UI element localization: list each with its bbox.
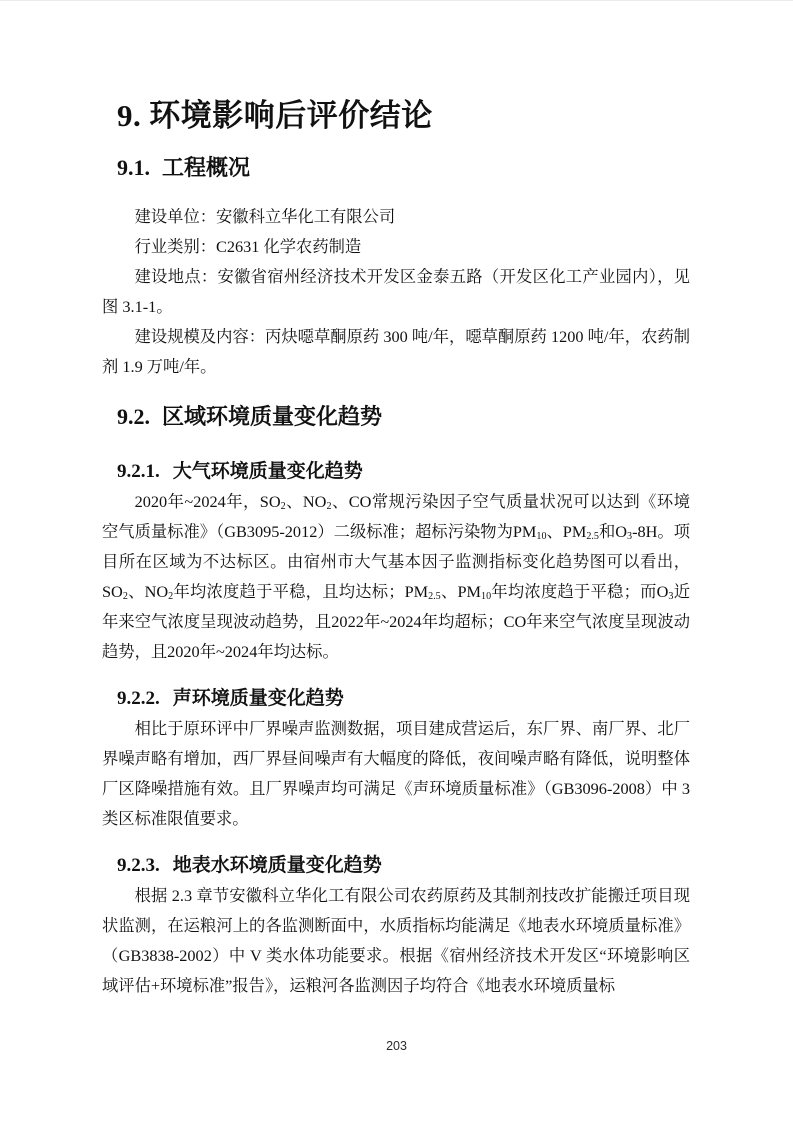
- subsection-heading-9-2-2: 9.2.2.声环境质量变化趋势: [117, 686, 690, 712]
- heading-text: 声环境质量变化趋势: [173, 688, 344, 709]
- subscript-text: 10: [481, 591, 491, 602]
- page-number: 203: [386, 1039, 407, 1053]
- para-industry-category: 行业类别：C2631 化学农药制造: [102, 232, 690, 262]
- heading-number: 9.2.3.: [117, 855, 160, 876]
- para-surface-water-trend: 根据 2.3 章节安徽科立华化工有限公司农药原药及其制剂技改扩能搬迁项目现状监测…: [102, 881, 690, 1001]
- heading-number: 9.2.: [117, 404, 150, 429]
- section-heading-9-1: 9.1.工程概况: [117, 153, 690, 183]
- para-construction-scale: 建设规模及内容：丙炔噁草酮原药 300 吨/年，噁草酮原药 1200 吨/年，农…: [102, 322, 690, 382]
- chapter-heading: 9.环境影响后评价结论: [117, 96, 690, 136]
- section-heading-9-2: 9.2.区域环境质量变化趋势: [117, 402, 690, 432]
- subscript-text: 2.5: [428, 591, 441, 602]
- subscript-text: 10: [536, 531, 546, 542]
- document-page: 9.环境影响后评价结论9.1.工程概况建设单位：安徽科立华化工有限公司行业类别：…: [0, 0, 793, 1122]
- subscript-text: 2.5: [586, 531, 599, 542]
- subscript-text: 2: [326, 501, 331, 512]
- para-air-quality-trend: 2020年~2024年，SO2、NO2、CO常规污染因子空气质量状况可以达到《环…: [102, 487, 690, 667]
- heading-number: 9.: [117, 98, 141, 133]
- page-footer: 203: [0, 1037, 793, 1055]
- heading-text: 环境影响后评价结论: [149, 98, 433, 133]
- subscript-text: 2: [123, 591, 128, 602]
- subsection-heading-9-2-3: 9.2.3.地表水环境质量变化趋势: [117, 853, 690, 879]
- subsection-heading-9-2-1: 9.2.1.大气环境质量变化趋势: [117, 459, 690, 485]
- subscript-text: 3: [627, 531, 632, 542]
- subscript-text: 2: [168, 591, 173, 602]
- heading-text: 工程概况: [162, 155, 250, 180]
- heading-number: 9.2.2.: [117, 688, 160, 709]
- para-construction-unit: 建设单位：安徽科立华化工有限公司: [102, 202, 690, 232]
- heading-text: 地表水环境质量变化趋势: [173, 855, 382, 876]
- para-construction-site: 建设地点：安徽省宿州经济技术开发区金泰五路（开发区化工产业园内），见图 3.1-…: [102, 262, 690, 322]
- heading-number: 9.1.: [117, 155, 150, 180]
- subscript-text: 2: [281, 501, 286, 512]
- para-noise-trend: 相比于原环评中厂界噪声监测数据，项目建成营运后，东厂界、南厂界、北厂界噪声略有增…: [102, 714, 690, 834]
- heading-text: 区域环境质量变化趋势: [162, 404, 382, 429]
- heading-number: 9.2.1.: [117, 461, 160, 482]
- subscript-text: 3: [668, 591, 673, 602]
- heading-text: 大气环境质量变化趋势: [173, 461, 363, 482]
- document-body: 9.环境影响后评价结论9.1.工程概况建设单位：安徽科立华化工有限公司行业类别：…: [102, 96, 690, 1001]
